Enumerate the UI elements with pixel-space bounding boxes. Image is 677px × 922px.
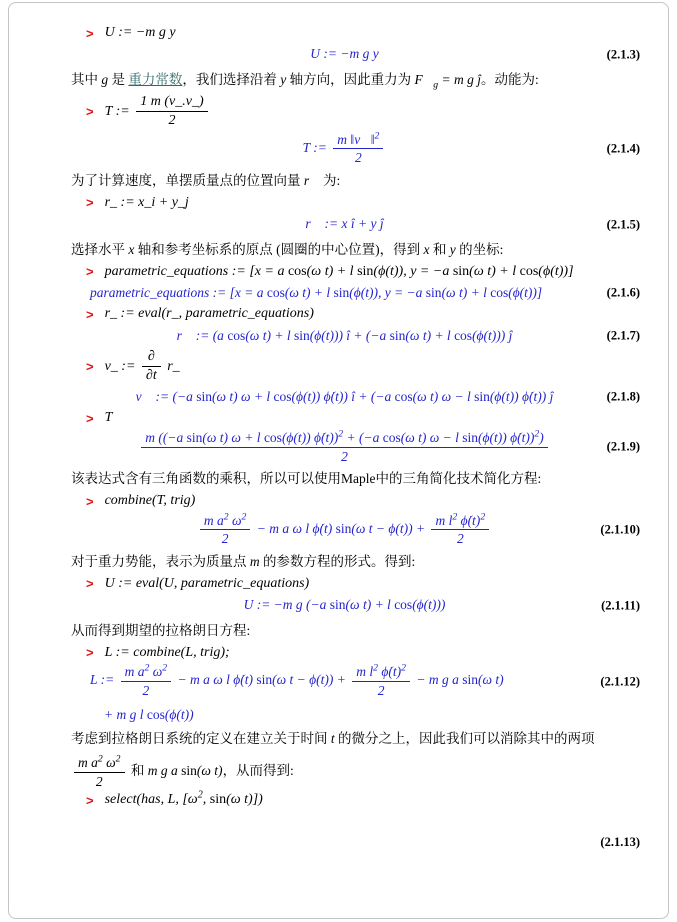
input-line: >T := 1 m (v_.v_)2 bbox=[0, 94, 677, 129]
output-line: L := m a2 ω22 − m a ω l ϕ̇(t) sin(ω t − … bbox=[0, 664, 677, 724]
output-math: r⃗ := (a cos(ω t) + l sin(ϕ(t))) î + (−a… bbox=[177, 328, 513, 345]
output-math: T := m ‖v⃗‖22 bbox=[303, 132, 387, 166]
input-math[interactable]: combine(T, trig) bbox=[105, 493, 196, 510]
equation-number: (2.1.6) bbox=[607, 286, 640, 301]
output-math: L := m a2 ω22 − m a ω l ϕ̇(t) sin(ω t − … bbox=[90, 664, 504, 724]
fraction: ∂∂t bbox=[142, 349, 161, 384]
input-math[interactable]: r_ := eval(r_, parametric_equations) bbox=[105, 306, 314, 323]
output-line: v⃗ := (−a sin(ω t) ω + l cos(ϕ(t)) ϕ̇(t)… bbox=[0, 387, 677, 407]
input-line: >combine(T, trig) bbox=[0, 493, 677, 510]
equation-number: (2.1.12) bbox=[600, 675, 640, 690]
text-paragraph: m a2 ω22 和 m g a sin(ω t)，从而得到: bbox=[0, 755, 677, 789]
equation-number: (2.1.10) bbox=[600, 522, 640, 537]
input-math[interactable]: T bbox=[105, 410, 113, 427]
input-math[interactable]: r_ := x_i + y_j bbox=[105, 195, 189, 212]
input-line: >select(has, L, [ω2, sin(ω t)]) bbox=[0, 792, 677, 809]
input-math[interactable]: v_ := ∂∂t r_ bbox=[105, 349, 180, 384]
inline-math: t bbox=[331, 731, 335, 746]
text-paragraph: 对于重力势能，表示为质量点 m 的参数方程的形式。得到: bbox=[0, 552, 677, 573]
output-math: m a2 ω22 − m a ω l ϕ̇(t) sin(ω t − ϕ(t))… bbox=[197, 513, 492, 547]
equation-number: (2.1.9) bbox=[607, 440, 640, 455]
output-line: m a2 ω22 − m a ω l ϕ̇(t) sin(ω t − ϕ(t))… bbox=[0, 513, 677, 547]
equation-number: (2.1.5) bbox=[607, 217, 640, 232]
inline-math: x bbox=[424, 242, 430, 257]
output-line: T := m ‖v⃗‖22(2.1.4) bbox=[0, 132, 677, 166]
input-line: >U := −m g y bbox=[0, 25, 677, 42]
output-line: r⃗ := (a cos(ω t) + l sin(ϕ(t))) î + (−a… bbox=[0, 326, 677, 346]
fraction: m a2 ω22 bbox=[121, 664, 172, 698]
output-line: m ((−a sin(ω t) ω + l cos(ϕ(t)) ϕ̇(t))2 … bbox=[0, 430, 677, 464]
inline-math: F⃗g = m g ĵ bbox=[415, 72, 481, 87]
input-line: >v_ := ∂∂t r_ bbox=[0, 349, 677, 384]
fraction: m l2 ϕ̇(t)22 bbox=[352, 664, 410, 698]
input-line: >T bbox=[0, 410, 677, 427]
input-math[interactable]: select(has, L, [ω2, sin(ω t)]) bbox=[105, 792, 263, 809]
equation-number: (2.1.4) bbox=[607, 141, 640, 156]
inline-math: r⃗ bbox=[304, 173, 320, 188]
output-math: m ((−a sin(ω t) ω + l cos(ϕ(t)) ϕ̇(t))2 … bbox=[138, 430, 550, 464]
text-paragraph: 考虑到拉格朗日系统的定义在建立关于时间 t 的微分之上，因此我们可以消除其中的两… bbox=[0, 729, 677, 750]
equation-number: (2.1.8) bbox=[607, 390, 640, 405]
input-prompt-icon: > bbox=[86, 26, 94, 42]
input-prompt-icon: > bbox=[86, 195, 94, 211]
equation-number: (2.1.13) bbox=[600, 835, 640, 850]
output-line: r⃗ := x î + y ĵ(2.1.5) bbox=[0, 215, 677, 235]
input-math[interactable]: U := eval(U, parametric_equations) bbox=[105, 576, 310, 593]
inline-math: y bbox=[450, 242, 456, 257]
text-paragraph: 选择水平 x 轴和参考坐标系的原点 (圆圈的中心位置)，得到 x 和 y 的坐标… bbox=[0, 240, 677, 261]
input-prompt-icon: > bbox=[86, 359, 94, 375]
input-prompt-icon: > bbox=[86, 104, 94, 120]
input-prompt-icon: > bbox=[86, 645, 94, 661]
input-line: >parametric_equations := [x = a cos(ω t)… bbox=[0, 264, 677, 281]
inline-math: m a2 ω22 bbox=[71, 763, 128, 778]
inline-math: y bbox=[280, 72, 286, 87]
equation-number: (2.1.7) bbox=[607, 329, 640, 344]
fraction: m l2 ϕ̇(t)22 bbox=[431, 513, 489, 547]
input-line: >r_ := x_i + y_j bbox=[0, 195, 677, 212]
fraction: m a2 ω22 bbox=[200, 513, 251, 547]
inline-math: x bbox=[128, 242, 134, 257]
text-paragraph: 该表达式含有三角函数的乘积，所以可以使用Maple中的三角简化技术简化方程: bbox=[0, 469, 677, 490]
equation-number: (2.1.11) bbox=[601, 598, 640, 613]
input-line: >L := combine(L, trig); bbox=[0, 645, 677, 662]
input-prompt-icon: > bbox=[86, 793, 94, 809]
input-math[interactable]: T := 1 m (v_.v_)2 bbox=[105, 94, 211, 129]
maple-worksheet: >U := −m g yU := −m g y(2.1.3)其中 g 是 重力常… bbox=[0, 0, 677, 853]
fraction: 1 m (v_.v_)2 bbox=[136, 94, 207, 129]
output-line: parametric_equations := [x = a cos(ω t) … bbox=[0, 283, 677, 303]
input-math[interactable]: L := combine(L, trig); bbox=[105, 645, 230, 662]
fraction: m a2 ω22 bbox=[74, 755, 125, 789]
input-math[interactable]: U := −m g y bbox=[105, 25, 176, 42]
hyperlink-gravity-constant[interactable]: 重力常数 bbox=[128, 72, 182, 87]
fraction: m ((−a sin(ω t) ω + l cos(ϕ(t)) ϕ̇(t))2 … bbox=[141, 430, 547, 464]
equation-number: (2.1.3) bbox=[607, 47, 640, 62]
input-line: >U := eval(U, parametric_equations) bbox=[0, 576, 677, 593]
output-math: r⃗ := x î + y ĵ bbox=[305, 216, 383, 233]
output-math-continuation: + m g l cos(ϕ(t)) bbox=[90, 707, 504, 724]
input-line: >r_ := eval(r_, parametric_equations) bbox=[0, 306, 677, 323]
fraction: m ‖v⃗‖22 bbox=[333, 132, 383, 166]
input-prompt-icon: > bbox=[86, 307, 94, 323]
input-prompt-icon: > bbox=[86, 411, 94, 427]
text-paragraph: 其中 g 是 重力常数，我们选择沿着 y 轴方向，因此重力为 F⃗g = m g… bbox=[0, 70, 677, 91]
text-paragraph: 为了计算速度，单摆质量点的位置向量 r⃗ 为: bbox=[0, 171, 677, 192]
input-prompt-icon: > bbox=[86, 264, 94, 280]
output-line: U := −m g y(2.1.3) bbox=[0, 45, 677, 65]
output-math: U := −m g y bbox=[310, 46, 378, 63]
text-paragraph: 从而得到期望的拉格朗日方程: bbox=[0, 621, 677, 642]
input-prompt-icon: > bbox=[86, 576, 94, 592]
output-line: (2.1.13) bbox=[0, 815, 677, 853]
inline-math: m bbox=[250, 554, 260, 569]
inline-math: m g a sin(ω t) bbox=[148, 763, 223, 778]
output-line: U := −m g (−a sin(ω t) + l cos(ϕ(t)))(2.… bbox=[0, 596, 677, 616]
input-prompt-icon: > bbox=[86, 494, 94, 510]
input-math[interactable]: parametric_equations := [x = a cos(ω t) … bbox=[105, 264, 574, 281]
inline-math: g bbox=[101, 72, 108, 87]
output-math: parametric_equations := [x = a cos(ω t) … bbox=[90, 285, 542, 302]
output-math: U := −m g (−a sin(ω t) + l cos(ϕ(t))) bbox=[244, 597, 446, 614]
output-math: v⃗ := (−a sin(ω t) ω + l cos(ϕ(t)) ϕ̇(t)… bbox=[136, 389, 554, 406]
